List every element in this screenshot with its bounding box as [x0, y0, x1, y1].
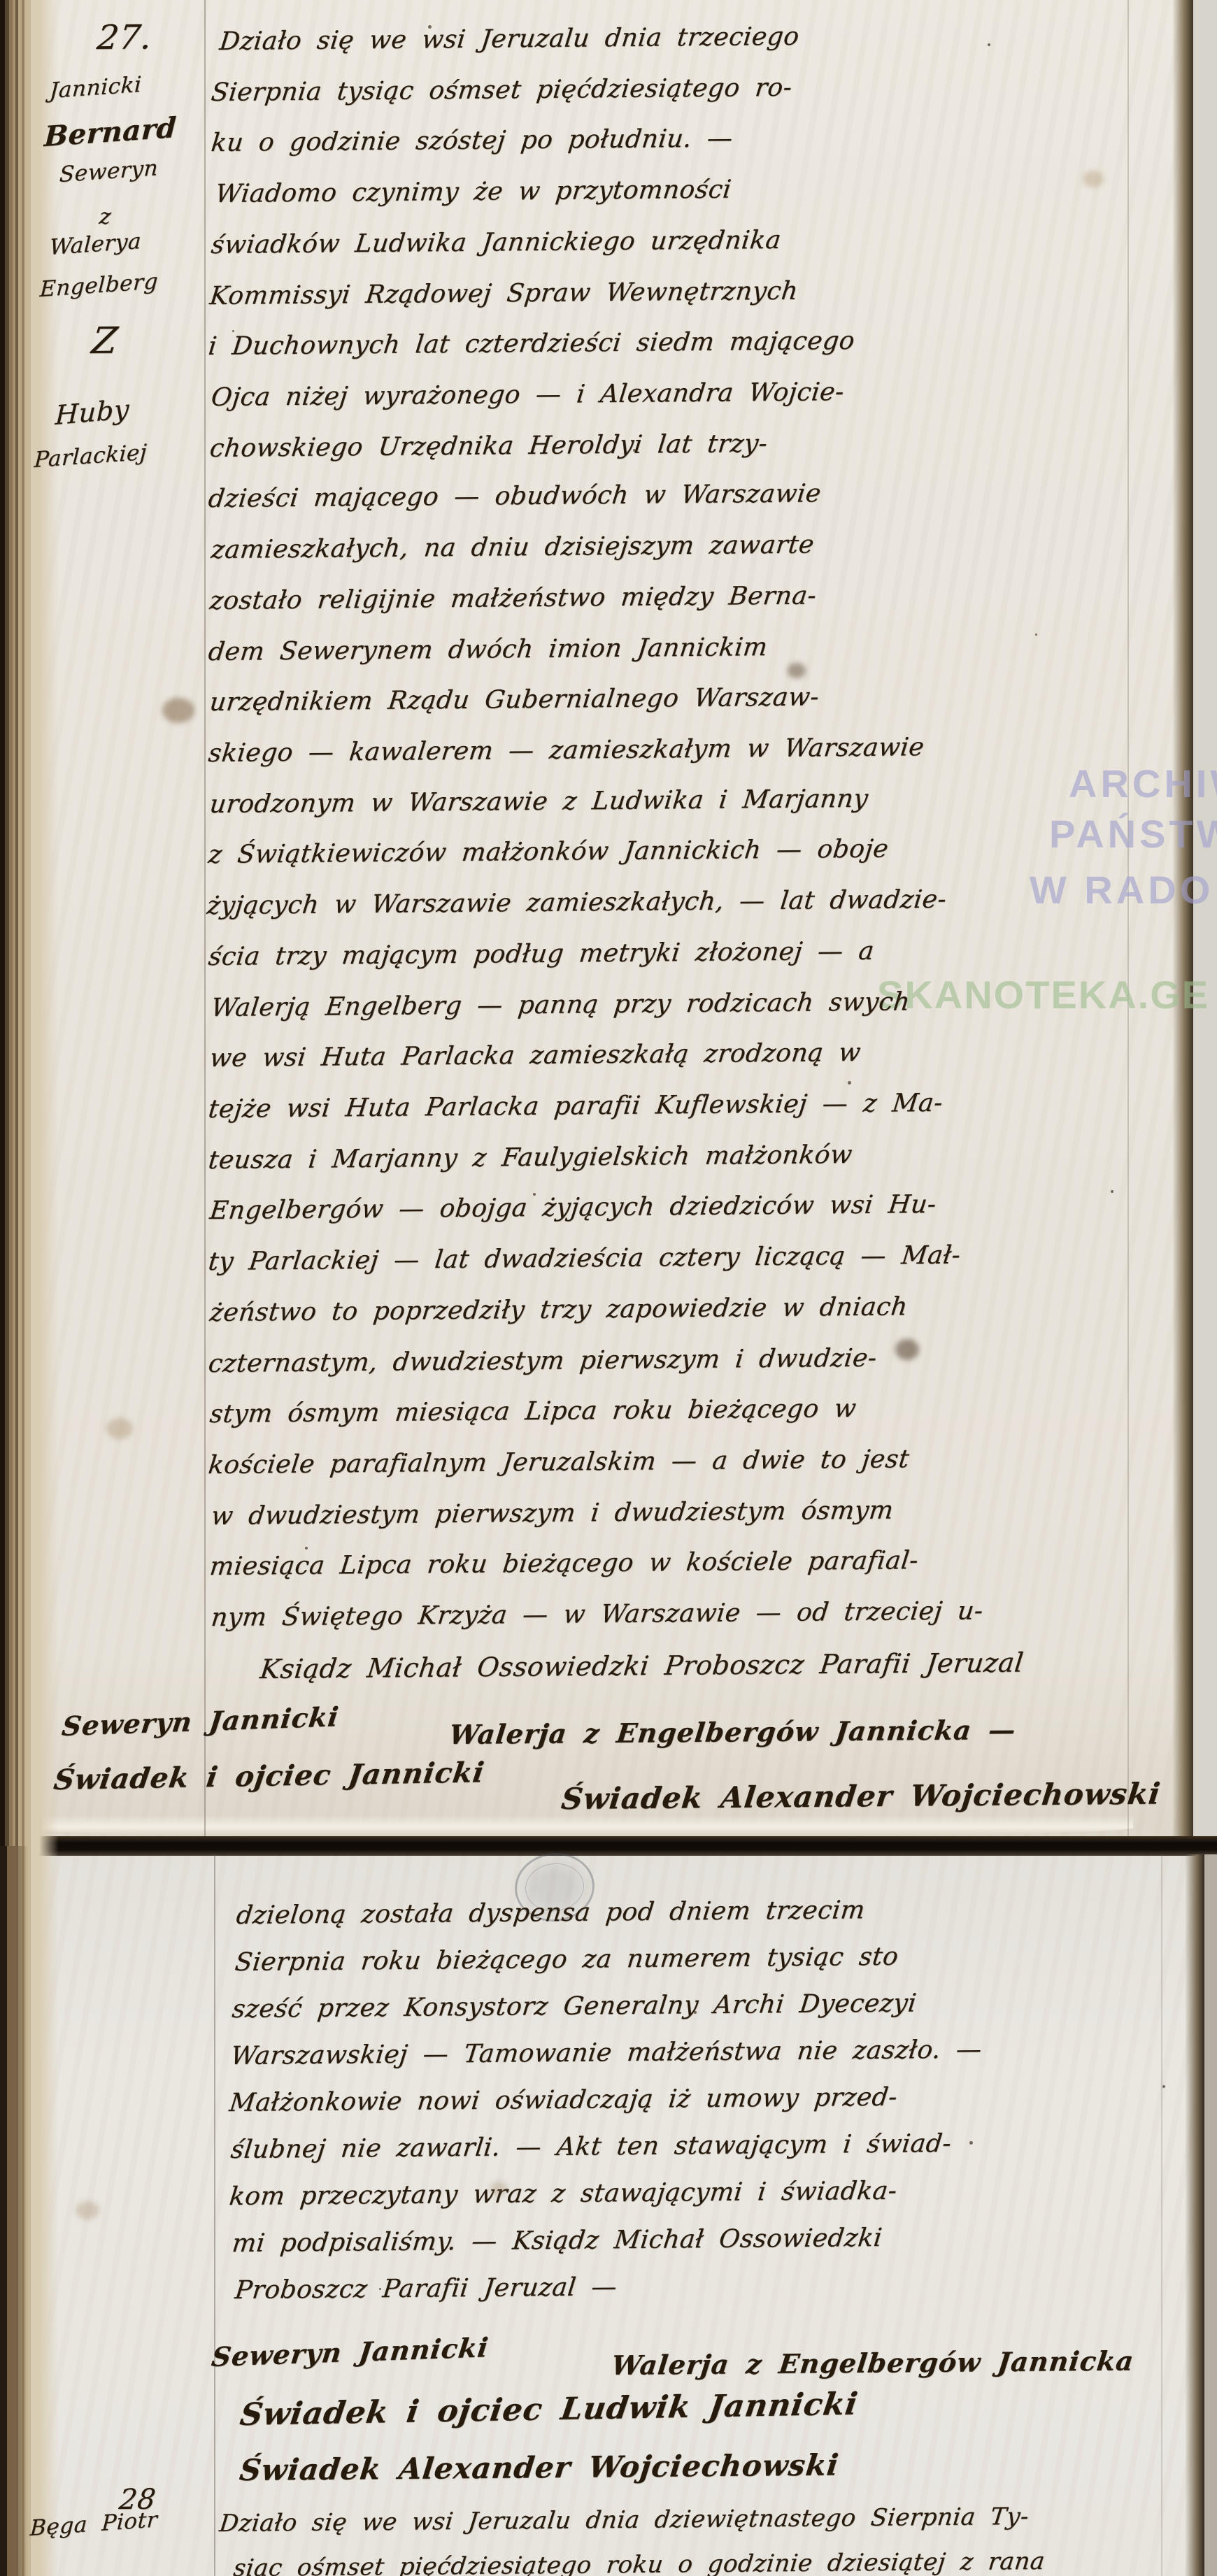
ink-blot: [895, 1339, 919, 1360]
archive-watermark-line1: ARCHIW: [1069, 761, 1217, 806]
priest-closing-line: Ksiądz Michał Ossowiedzki Proboszcz Para…: [259, 1649, 1025, 1682]
fly-speck: [379, 2288, 381, 2290]
handwritten-line: Sierpnia tysiąc ośmset pięćdziesiątego r…: [210, 76, 793, 106]
record-number: 27.: [95, 17, 154, 57]
register-scan: ARCHIW PAŃSTW W RADO SKANOTEKA.GE 27. Ja…: [0, 0, 1217, 2576]
backdrop-strip-right-bottom: [1204, 1854, 1217, 2576]
handwritten-line: kościele parafialnym Jeruzalskim — a dwi…: [207, 1447, 911, 1478]
handwritten-line: Małżonkowie nowi oświadczają iż umowy pr…: [228, 2085, 899, 2116]
handwritten-line: chowskiego Urzędnika Heroldyi lat trzy-: [208, 431, 769, 461]
right-rule-page1: [1127, 0, 1129, 1836]
signature-witness2: Świadek Alexander Wojciechowski: [560, 1777, 1162, 1816]
fly-speck: [533, 1193, 536, 1196]
backdrop-strip-right-top: [1193, 0, 1217, 1836]
handwritten-line: w dwudziestym pierwszym i dwudziestym ós…: [210, 1498, 895, 1530]
handwritten-line: skiego — kawalerem — zamieszkałym w Wars…: [207, 735, 925, 766]
signature-witness2: Świadek Alexander Wojciechowski: [238, 2448, 841, 2487]
handwritten-line: ślubnej nie zawarli. — Akt ten stawający…: [229, 2131, 953, 2163]
archive-watermark-line2: PAŃSTW: [1049, 811, 1217, 857]
handwritten-line: i Duchownych lat czterdzieści siedm mają…: [207, 329, 856, 359]
handwritten-line: żyjących w Warszawie zamieszkałych, — la…: [206, 887, 948, 919]
page-curl-highlight: [42, 1815, 1133, 1836]
handwritten-line: urodzonym w Warszawie z Ludwika i Marjan…: [208, 787, 869, 817]
handwritten-line: Sierpnia roku bieżącego za numerem tysią…: [234, 1945, 899, 1975]
ink-blot: [162, 698, 194, 723]
handwritten-line: Ojca niżej wyrażonego — i Alexandra Wojc…: [210, 380, 846, 410]
skanoteka-watermark: SKANOTEKA.GE: [877, 972, 1209, 1017]
handwritten-line: dem Sewerynem dwóch imion Jannickim: [207, 635, 769, 665]
archive-watermark-line3: W RADO: [1030, 867, 1214, 913]
handwritten-line: Działo się we wsi Jeruzalu dnia dziewięt…: [218, 2505, 1030, 2535]
foxing-stain: [1083, 171, 1104, 187]
handwritten-line: ku o godzinie szóstej po południu. —: [210, 127, 734, 156]
handwritten-line: tejże wsi Huta Parlacka parafii Kuflewsk…: [207, 1091, 944, 1122]
handwritten-line: Proboszcz Parafii Jeruzal —: [234, 2275, 618, 2303]
foxing-stain: [490, 2182, 508, 2196]
signature-bride: Walerja z Engelbergów Jannicka: [610, 2345, 1136, 2381]
handwritten-line: zostało religijnie małżeństwo między Ber…: [208, 583, 818, 614]
handwritten-line: kom przeczytany wraz z stawającymi i świ…: [228, 2179, 898, 2210]
handwritten-line: zamieszkałych, na dniu dzisiejszym zawar…: [210, 532, 816, 563]
handwritten-line: urzędnikiem Rządu Gubernialnego Warszaw-: [208, 685, 820, 715]
handwritten-line: żeństwo to poprzedziły trzy zapowiedzie …: [208, 1294, 909, 1326]
handwritten-line: Walerją Engelberg — panną przy rodzicach…: [210, 989, 911, 1021]
handwritten-line: Engelbergów — obojga żyjących dziedziców…: [208, 1192, 938, 1224]
fly-speck: [1111, 1190, 1113, 1193]
handwritten-line: ty Parlackiej — lat dwadzieścia cztery l…: [207, 1243, 962, 1275]
handwritten-line: Działo się we wsi Jeruzalu dnia trzecieg…: [218, 24, 801, 55]
handwritten-line: sześć przez Konsystorz Generalny Archi D…: [231, 1991, 918, 2022]
fly-speck: [988, 43, 990, 46]
foxing-stain: [106, 1418, 133, 1439]
handwritten-line: Kommissyi Rządowej Spraw Wewnętrznych: [208, 279, 799, 309]
handwritten-line: mi podpisaliśmy. — Ksiądz Michał Ossowie…: [231, 2226, 883, 2256]
handwritten-line: miesiąca Lipca roku bieżącego w kościele…: [208, 1548, 920, 1580]
handwritten-line: dzieloną została dyspensa pod dniem trze…: [235, 1898, 867, 1929]
signature-bride: Walerja z Engelbergów Jannicka —: [448, 1714, 1018, 1750]
page-edge-shadow-right-top: [1172, 0, 1193, 1836]
fly-speck: [232, 330, 234, 332]
right-rule-page2: [1161, 1854, 1162, 2576]
fly-speck: [428, 25, 432, 29]
page-edge-shadow-right-bottom: [1185, 1854, 1204, 2576]
handwritten-line: Wiadomo czynimy że w przytomności: [214, 178, 733, 207]
handwritten-line: dzieści mającego — obudwóch w Warszawie: [207, 481, 823, 512]
fly-speck: [305, 1547, 308, 1550]
ink-blot: [788, 663, 806, 678]
margin-name-line: Huby: [55, 394, 130, 431]
fly-speck: [969, 2141, 973, 2145]
fly-speck: [1035, 634, 1037, 636]
handwritten-line: nym Świętego Krzyża — w Warszawie — od t…: [210, 1598, 985, 1631]
page-gap-shadow: [0, 1836, 1217, 1856]
fly-speck: [1162, 2085, 1165, 2088]
foxing-stain: [76, 2201, 99, 2219]
handwritten-line: stym ósmym miesiąca Lipca roku bieżącego…: [208, 1396, 857, 1427]
fly-speck: [633, 449, 636, 452]
handwritten-line: teusza i Marjanny z Faulygielskich małżo…: [207, 1143, 853, 1173]
handwritten-line: we wsi Huta Parlacka zamieszkałą zrodzon…: [208, 1040, 862, 1071]
fly-speck: [694, 2011, 697, 2014]
book-spine-edge-bottom: [0, 1846, 28, 2576]
fly-speck: [848, 1081, 851, 1085]
margin-name-line: Z: [90, 320, 120, 362]
handwritten-line: Warszawskiej — Tamowanie małżeństwa nie …: [229, 2038, 983, 2069]
handwritten-line: z Świątkiewiczów małżonków Jannickich — …: [207, 837, 890, 868]
margin-rule-page2: [214, 1854, 215, 2576]
handwritten-line: świadków Ludwika Jannickiego urzędnika: [210, 228, 783, 258]
handwritten-line: czternastym, dwudziestym pierwszym i dwu…: [207, 1346, 878, 1377]
handwritten-line: siąc ośmset pięćdziesiątego roku o godzi…: [232, 2549, 1046, 2576]
handwritten-line: ścia trzy mającym podług metryki złożone…: [207, 939, 876, 970]
